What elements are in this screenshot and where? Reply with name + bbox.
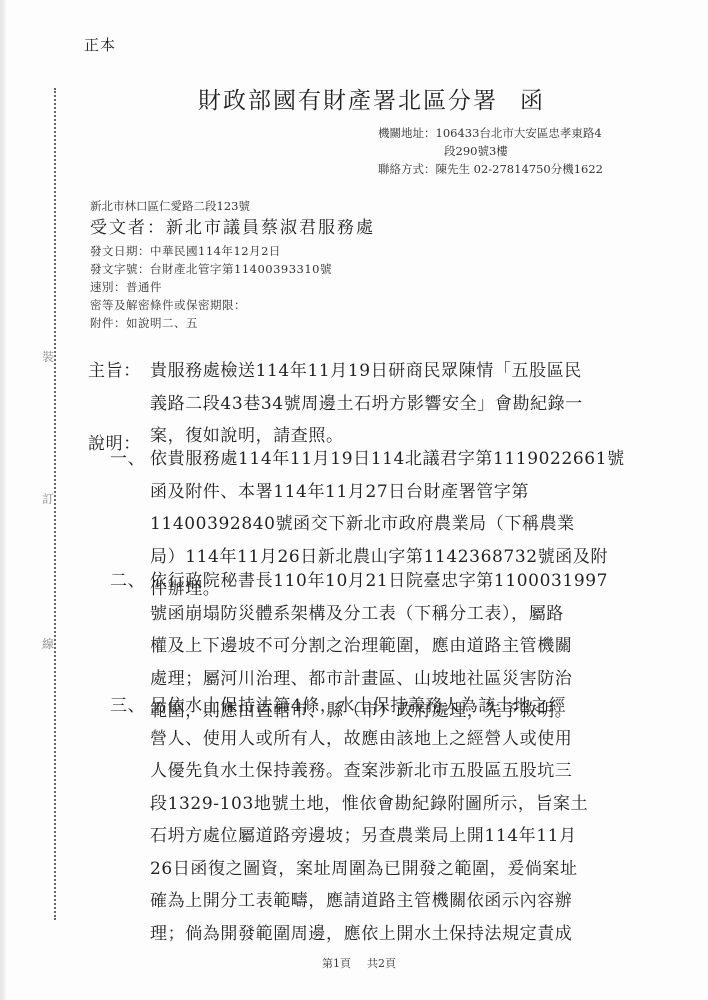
meta-value: 普通件: [126, 280, 162, 294]
meta-label: 附件：: [90, 316, 126, 330]
explanation-item-3: 三、 另依水土保持法第4條，水土保持義務人為該土地之經 營人、使用人或所有人，故…: [110, 690, 650, 950]
sender-address-line2: 段290號3樓: [444, 143, 508, 159]
sender-contact-value: 陳先生 02-27814750分機1622: [436, 162, 603, 176]
item-number: 三、: [110, 690, 150, 950]
meta-attachment: 附件：如說明二、五: [90, 315, 198, 331]
item-text: 另依水土保持法第4條，水土保持義務人為該土地之經 營人、使用人或所有人，故應由該…: [150, 690, 650, 950]
subject-text: 貴服務處檢送114年11月19日研商民眾陳情「五股區民 義路二段43巷34號周邊…: [150, 355, 648, 453]
sender-address-line1: 106433台北市大安區忠孝東路4: [436, 126, 602, 140]
subject-section: 主旨： 貴服務處檢送114年11月19日研商民眾陳情「五股區民 義路二段43巷3…: [88, 355, 648, 453]
document-title: 財政部國有財產署北區分署函: [198, 82, 545, 115]
meta-issue-date: 發文日期：中華民國114年12月2日: [90, 243, 281, 259]
copy-label: 正本: [84, 34, 116, 55]
page-total: 共2頁: [367, 957, 396, 970]
scan-edge: [0, 0, 6, 1000]
document-page: 裝 訂 線 正本 財政部國有財產署北區分署函 機關地址：106433台北市大安區…: [0, 0, 708, 1000]
recipient: 受文者：新北市議員蔡淑君服務處: [90, 213, 375, 238]
sender-address: 機關地址：106433台北市大安區忠孝東路4: [378, 125, 602, 141]
recipient-address: 新北市林口區仁愛路二段123號: [90, 198, 250, 214]
meta-doc-number: 發文字號：台財產北管字第11400393310號: [90, 261, 332, 277]
meta-label: 密等及解密條件或保密期限：: [90, 298, 246, 312]
issuing-agency: 財政部國有財產署北區分署: [198, 88, 498, 114]
sender-contact-label: 聯絡方式：: [378, 162, 436, 176]
recipient-name: 新北市議員蔡淑君服務處: [166, 218, 375, 238]
meta-speed: 速別：普通件: [90, 279, 162, 295]
binding-mark-ding: 訂: [42, 490, 54, 508]
recipient-label: 受文者：: [90, 218, 166, 238]
meta-classification: 密等及解密條件或保密期限：: [90, 297, 246, 313]
meta-value: 中華民國114年12月2日: [150, 244, 281, 258]
binding-mark-xian: 線: [42, 635, 54, 653]
sender-contact: 聯絡方式：陳先生 02-27814750分機1622: [378, 161, 603, 177]
meta-label: 發文字號：: [90, 262, 150, 276]
meta-label: 速別：: [90, 280, 126, 294]
binding-mark-zhuang: 裝: [42, 348, 54, 366]
meta-value: 台財產北管字第11400393310號: [150, 262, 332, 276]
page-current: 第1頁: [322, 957, 351, 970]
meta-value: 如說明二、五: [126, 316, 198, 330]
sender-address-label: 機關地址：: [378, 126, 436, 140]
document-kind: 函: [520, 88, 545, 114]
meta-label: 發文日期：: [90, 244, 150, 258]
binding-line: [54, 88, 56, 920]
page-footer: 第1頁共2頁: [322, 955, 396, 971]
